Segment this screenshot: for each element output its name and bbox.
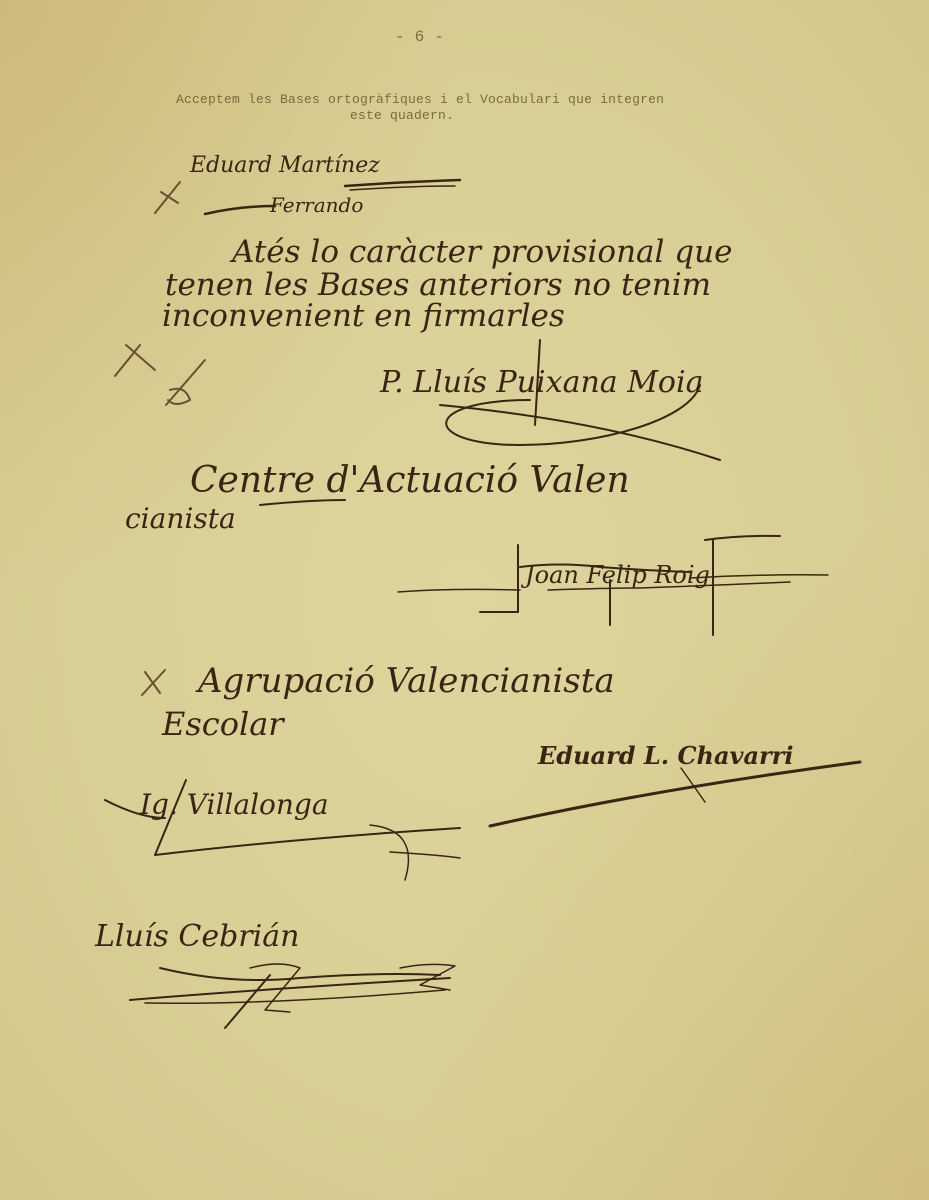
signature-puixana: P. Lluís Puixana Moia [379,340,720,460]
cross-mark-icon [115,345,155,376]
cross-mark-icon [142,670,165,695]
signature-2-text: Ferrando [269,193,363,217]
cross-mark-icon [155,182,180,213]
organization-1-line-1: Centre d'Actuació Valen [190,460,630,501]
signature-luis-cebrian: Lluís Cebrián [94,919,455,1028]
signature-ferrando: Ferrando [205,193,363,217]
signature-3-text: P. Lluís Puixana Moia [379,365,703,400]
signature-villalonga: Ig. Villalonga [105,780,460,880]
handwritten-note: Atés lo caràcter provisional que tenen l… [162,234,732,334]
signature-7-text: Lluís Cebrián [94,919,299,954]
signature-1-text: Eduard Martínez [189,153,380,178]
signature-eduard-chavarri: Eduard L. Chavarri [490,741,860,826]
signature-4-text: Joan Felip Roig [520,561,710,589]
organization-agrupacio-valencianista: Agrupació Valencianista Escolar [161,661,615,743]
signature-joan-felip-roig: Joan Felip Roig [398,536,828,635]
note-line-1: Atés lo caràcter provisional que [229,234,732,270]
cross-mark-icon [166,360,205,405]
organization-1-line-2: cianista [125,502,236,535]
signature-5-text: Eduard L. Chavarri [537,741,793,770]
note-line-3: inconvenient en firmarles [162,298,565,334]
organization-centre-actuacio: Centre d'Actuació Valen cianista [125,460,630,535]
signature-eduard-martinez: Eduard Martínez [189,153,460,190]
handwriting-layer: Eduard Martínez Ferrando Atés lo caràcte… [0,0,929,1200]
document-page: - 6 - Acceptem les Bases ortogràfiques i… [0,0,929,1200]
signature-6-text: Ig. Villalonga [139,788,329,821]
organization-2-line-2: Escolar [161,705,285,743]
organization-2-line-1: Agrupació Valencianista [195,661,615,701]
